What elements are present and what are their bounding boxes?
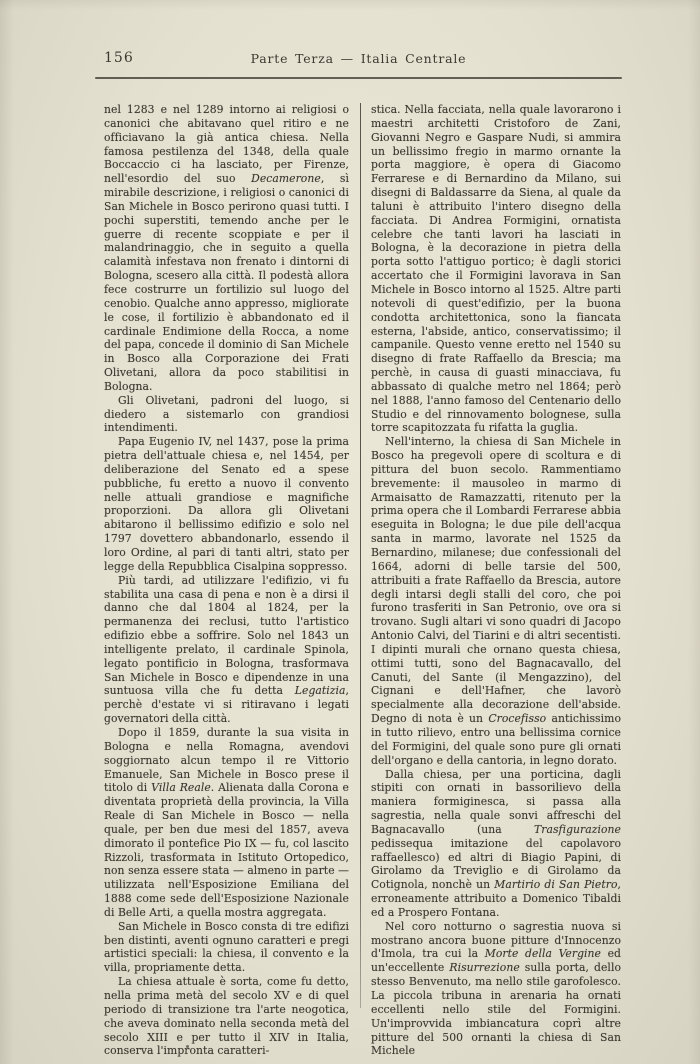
- text-run: sulla porta, dello stesso Benvenuto, ma …: [371, 961, 621, 1057]
- text-run: Papa Eugenio IV, nel 1437, pose la prima…: [104, 435, 349, 573]
- text-run: . Alienata dalla Corona e diventata prop…: [104, 781, 349, 919]
- paragraph: Gli Olivetani, padroni del luogo, si die…: [104, 394, 349, 436]
- page-header: 156 Parte Terza — Italia Centrale: [95, 48, 622, 68]
- paragraph: Dopo il 1859, durante la sua visita in B…: [104, 726, 349, 920]
- column-divider-rule: [360, 103, 361, 1008]
- text-run: stica. Nella facciata, nella quale lavor…: [371, 103, 621, 434]
- italic-text-run: Trasfigurazione: [534, 823, 621, 836]
- paragraph: Nell'interno, la chiesa di San Michele i…: [371, 435, 621, 767]
- italic-text-run: Decamerone: [251, 172, 321, 185]
- paragraph: Nel coro notturno o sagrestia nuova si m…: [371, 920, 621, 1058]
- text-run: Gli Olivetani, padroni del luogo, si die…: [104, 394, 349, 435]
- paragraph: La chiesa attuale è sorta, come fu detto…: [104, 975, 349, 1058]
- text-run: Nell'interno, la chiesa di San Michele i…: [371, 435, 621, 725]
- text-columns: nel 1283 e nel 1289 intorno ai religiosi…: [104, 103, 622, 1018]
- ink-speck: [186, 1045, 189, 1048]
- paragraph: Dalla chiesa, per una porticina, dagli s…: [371, 768, 621, 920]
- paragraph: Più tardi, ad utilizzare l'edifizio, vi …: [104, 574, 349, 726]
- text-run: San Michele in Bosco consta di tre edifi…: [104, 920, 349, 975]
- left-column: nel 1283 e nel 1289 intorno ai religiosi…: [104, 103, 349, 1018]
- text-run: La chiesa attuale è sorta, come fu detto…: [104, 975, 349, 1057]
- italic-text-run: Morte della Vergine: [485, 947, 601, 960]
- italic-text-run: Risurrezione: [449, 961, 519, 974]
- text-run: , sì mirabile descrizione, i religiosi o…: [104, 172, 349, 393]
- header-rule: [95, 77, 622, 79]
- right-column: stica. Nella facciata, nella quale lavor…: [371, 103, 621, 1018]
- paragraph: Papa Eugenio IV, nel 1437, pose la prima…: [104, 435, 349, 573]
- book-page-scan: 156 Parte Terza — Italia Centrale nel 12…: [0, 0, 700, 1064]
- running-header-title: Parte Terza — Italia Centrale: [95, 51, 622, 66]
- paragraph: San Michele in Bosco consta di tre edifi…: [104, 920, 349, 975]
- italic-text-run: Villa Reale: [151, 781, 211, 794]
- italic-text-run: Crocefisso: [488, 712, 546, 725]
- paragraph: nel 1283 e nel 1289 intorno ai religiosi…: [104, 103, 349, 394]
- paragraph: stica. Nella facciata, nella quale lavor…: [371, 103, 621, 435]
- italic-text-run: Legatizia: [295, 684, 346, 697]
- italic-text-run: Martirio di San Pietro: [494, 878, 617, 891]
- text-run: Più tardi, ad utilizzare l'edifizio, vi …: [104, 574, 349, 698]
